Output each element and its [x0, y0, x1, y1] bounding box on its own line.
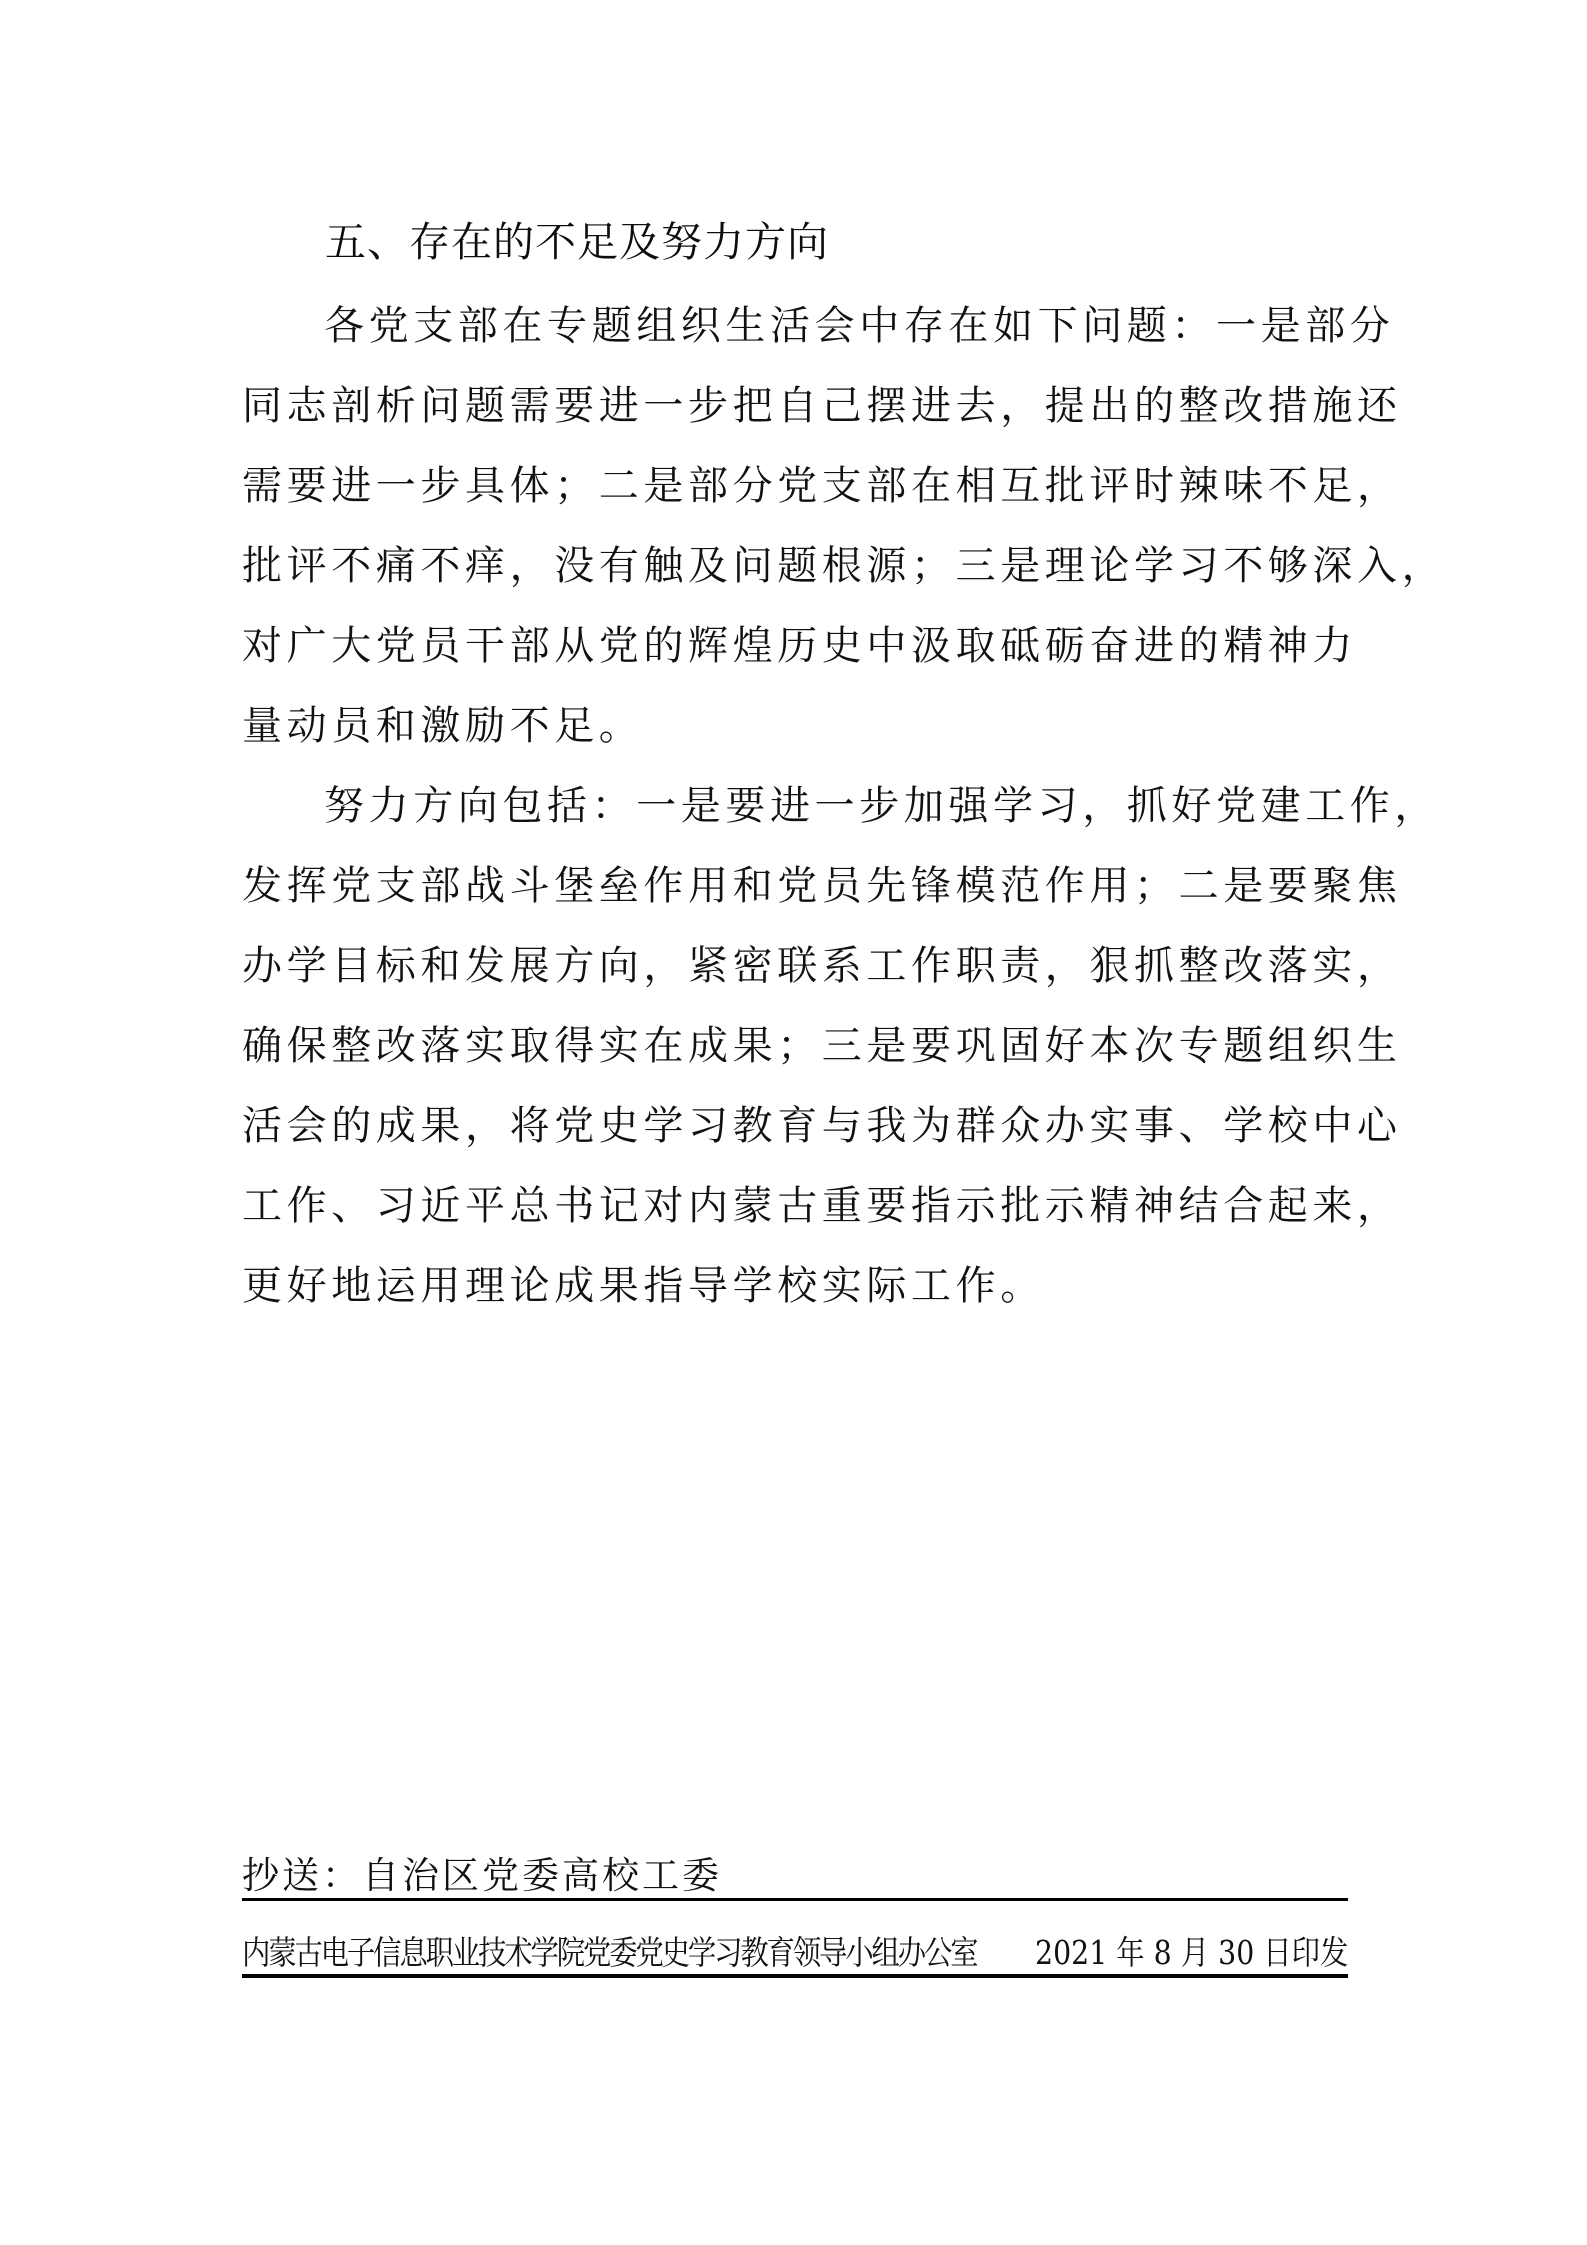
paragraph-line: 对广大党员干部从党的辉煌历史中汲取砥砺奋进的精神力: [242, 606, 1352, 686]
cc-recipient: 抄送：自治区党委高校工委: [242, 1856, 722, 1896]
paragraph-line: 同志剖析问题需要进一步把自己摆进去，提出的整改措施还: [242, 366, 1352, 446]
paragraph-line: 量动员和激励不足。: [242, 686, 1352, 766]
paragraph-line: 工作、习近平总书记对内蒙古重要指示批示精神结合起来，: [242, 1166, 1352, 1246]
paragraph-line: 发挥党支部战斗堡垒作用和党员先锋模范作用；二是要聚焦: [242, 846, 1352, 926]
issuing-office: 内蒙古电子信息职业技术学院党委党史学习教育领导小组办公室: [242, 1934, 976, 1972]
issue-date: 2021 年 8 月 30 日印发: [1035, 1934, 1348, 1972]
paragraph-line: 努力方向包括：一是要进一步加强学习，抓好党建工作，: [242, 766, 1352, 846]
paragraph-line: 确保整改落实取得实在成果；三是要巩固好本次专题组织生: [242, 1006, 1352, 1086]
issuer-line: 内蒙古电子信息职业技术学院党委党史学习教育领导小组办公室 2021 年 8 月 …: [242, 1930, 1348, 1978]
section-heading: 五、存在的不足及努力方向: [325, 214, 829, 270]
paragraph-line: 活会的成果，将党史学习教育与我为群众办实事、学校中心: [242, 1086, 1352, 1166]
paragraph-directions: 努力方向包括：一是要进一步加强学习，抓好党建工作， 发挥党支部战斗堡垒作用和党员…: [242, 766, 1352, 1326]
paragraph-line: 批评不痛不痒，没有触及问题根源；三是理论学习不够深入，: [242, 526, 1352, 606]
paragraph-line: 需要进一步具体；二是部分党支部在相互批评时辣味不足，: [242, 446, 1352, 526]
paragraph-line: 各党支部在专题组织生活会中存在如下问题：一是部分: [242, 286, 1352, 366]
paragraph-line: 更好地运用理论成果指导学校实际工作。: [242, 1246, 1352, 1326]
document-page: 五、存在的不足及努力方向 各党支部在专题组织生活会中存在如下问题：一是部分 同志…: [0, 0, 1587, 2245]
cc-line: 抄送：自治区党委高校工委: [242, 1858, 1348, 1901]
paragraph-problems: 各党支部在专题组织生活会中存在如下问题：一是部分 同志剖析问题需要进一步把自己摆…: [242, 286, 1352, 766]
paragraph-line: 办学目标和发展方向，紧密联系工作职责，狠抓整改落实，: [242, 926, 1352, 1006]
